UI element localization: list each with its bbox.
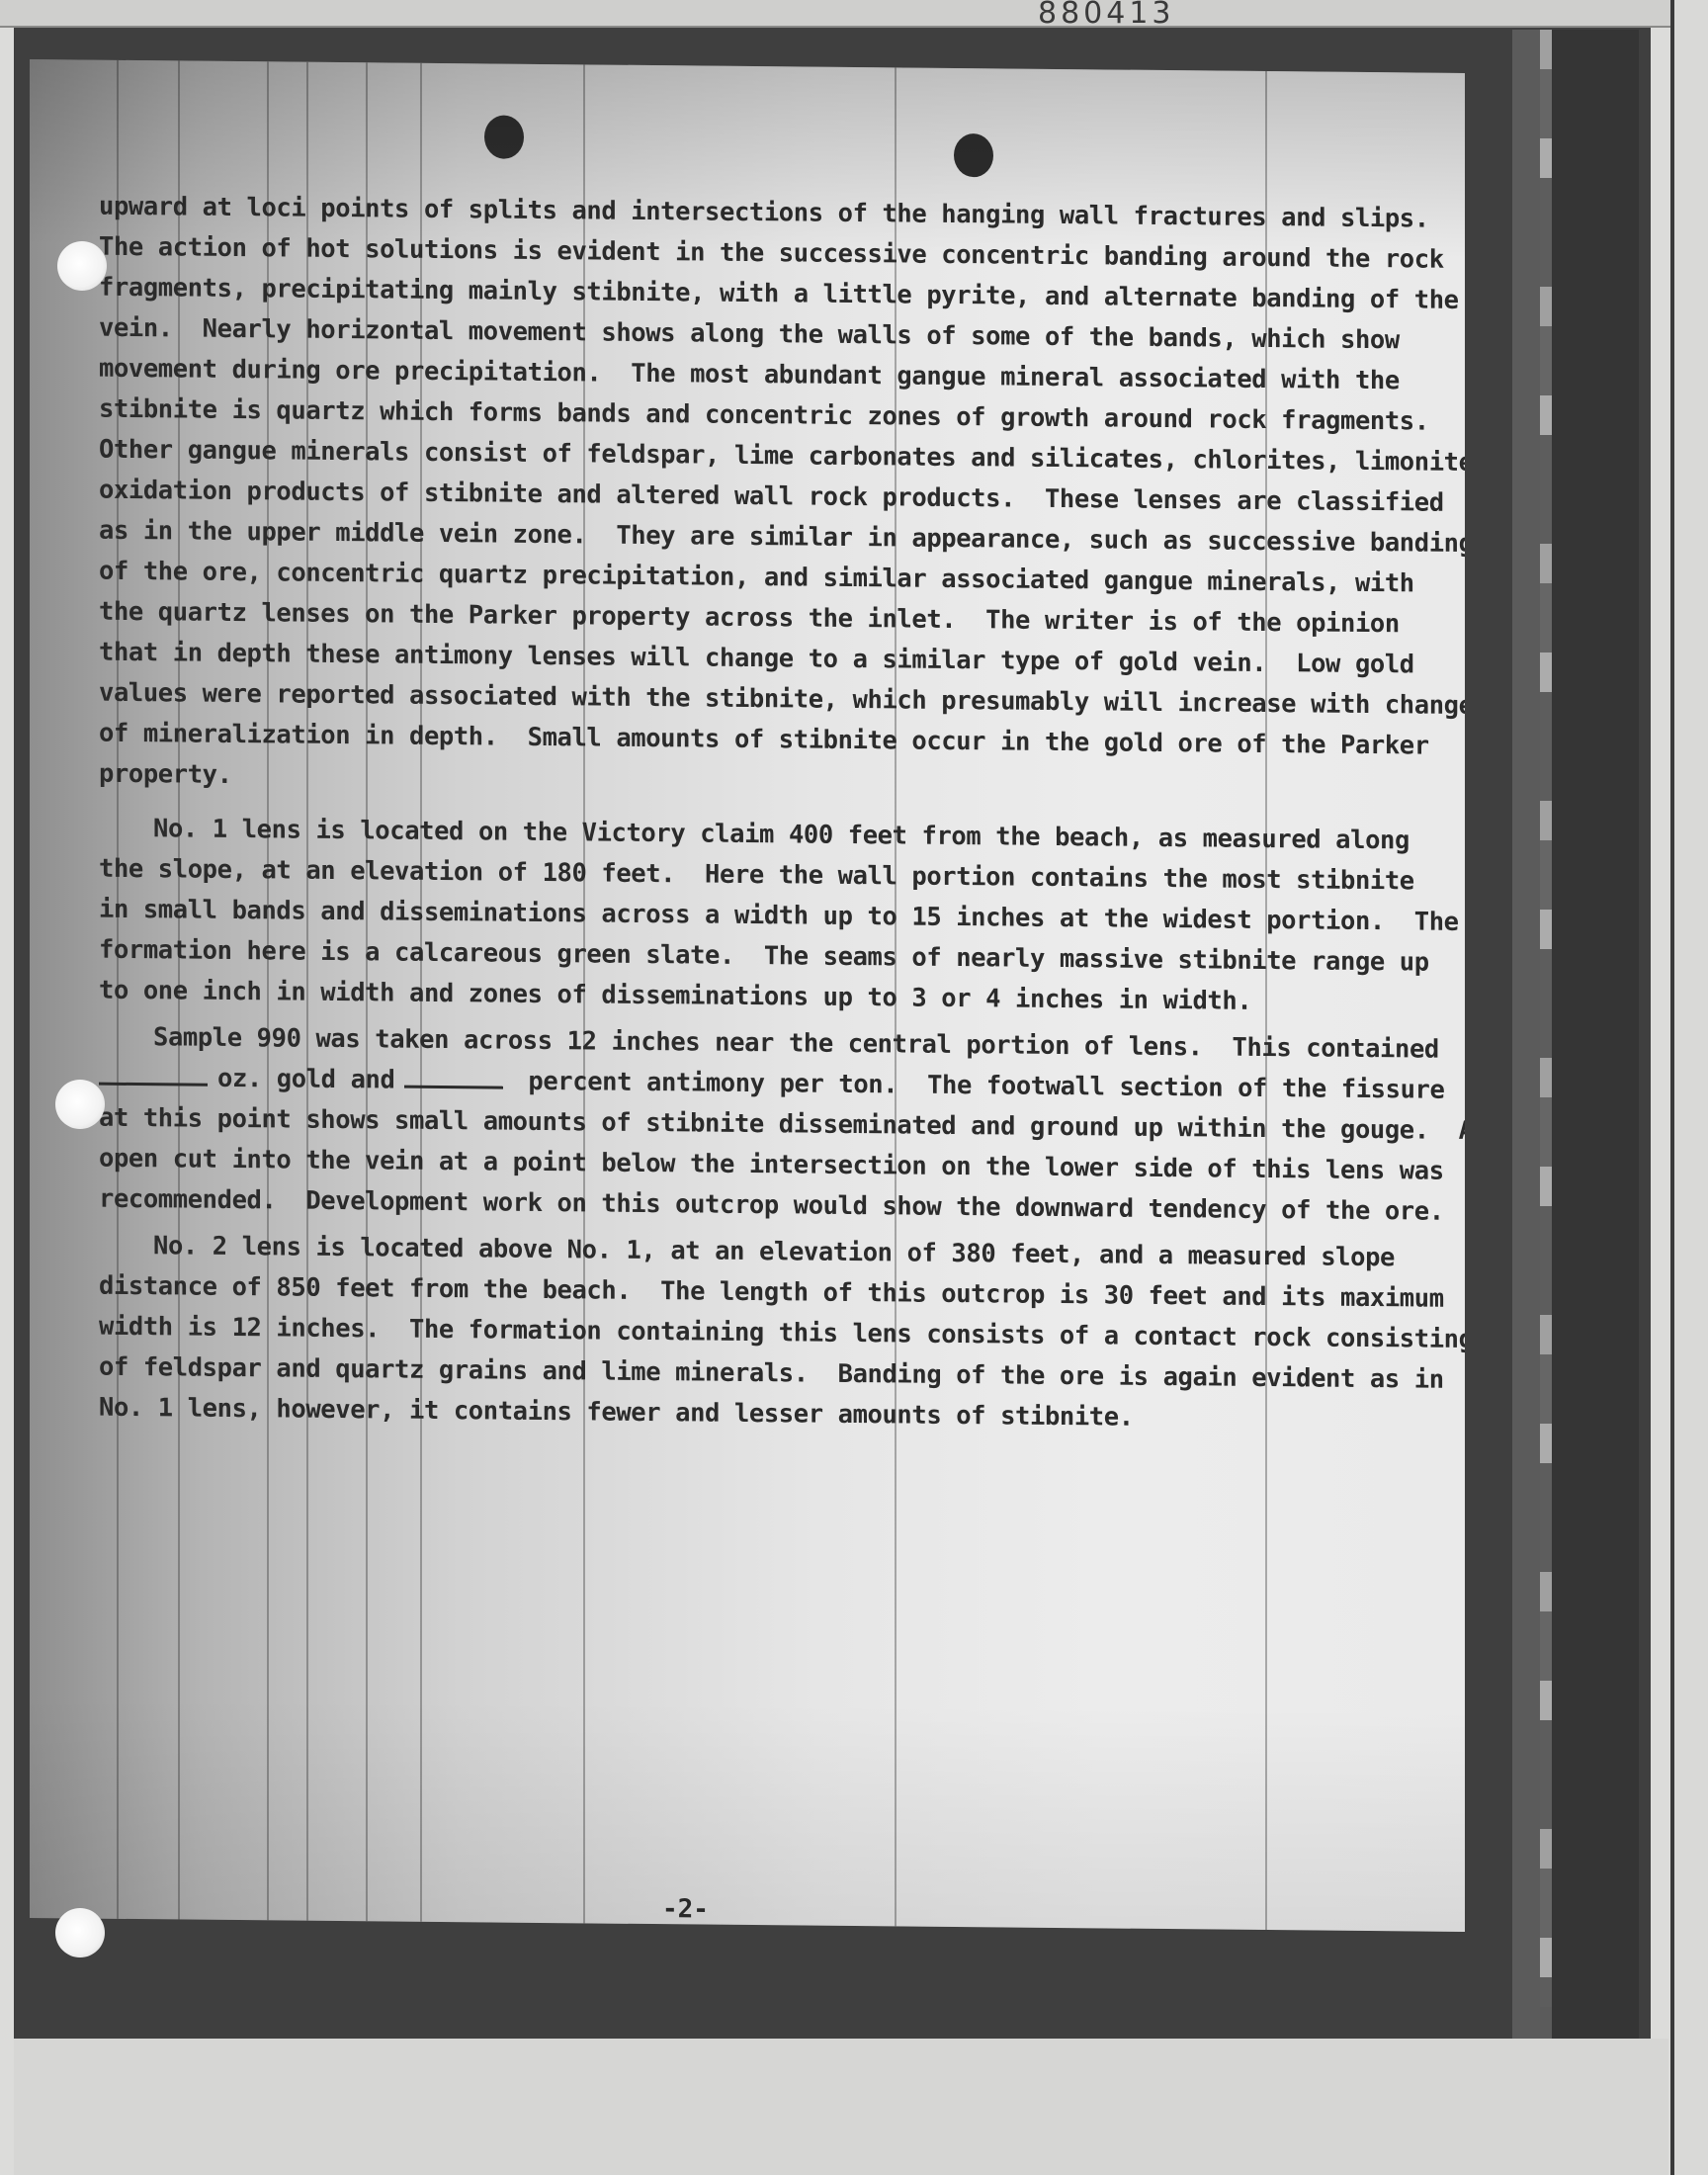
binder-hole-middle	[55, 1080, 105, 1129]
scan-bottom-margin	[14, 2039, 1668, 2175]
document-page: upward at loci points of splits and inte…	[30, 59, 1465, 1932]
binder-hole-bottom	[55, 1908, 105, 1957]
fill-in-blank-antimony	[404, 1066, 503, 1089]
scan-top-edge: 880413	[0, 0, 1670, 28]
punch-hole-top-left	[484, 115, 524, 158]
punch-hole-top-right	[954, 133, 993, 177]
stamp-number: 880413	[1038, 0, 1175, 31]
text-fragment: oz. gold and	[217, 1064, 394, 1095]
page-number: -2-	[662, 1894, 709, 1924]
fill-in-blank-gold	[99, 1063, 208, 1087]
text-fragment: percent antimony per ton. The footwall s…	[528, 1067, 1444, 1105]
body-text: upward at loci points of splits and inte…	[99, 187, 1443, 1441]
frame-right-shadow	[1552, 30, 1639, 2046]
binder-hole-top	[57, 241, 107, 291]
